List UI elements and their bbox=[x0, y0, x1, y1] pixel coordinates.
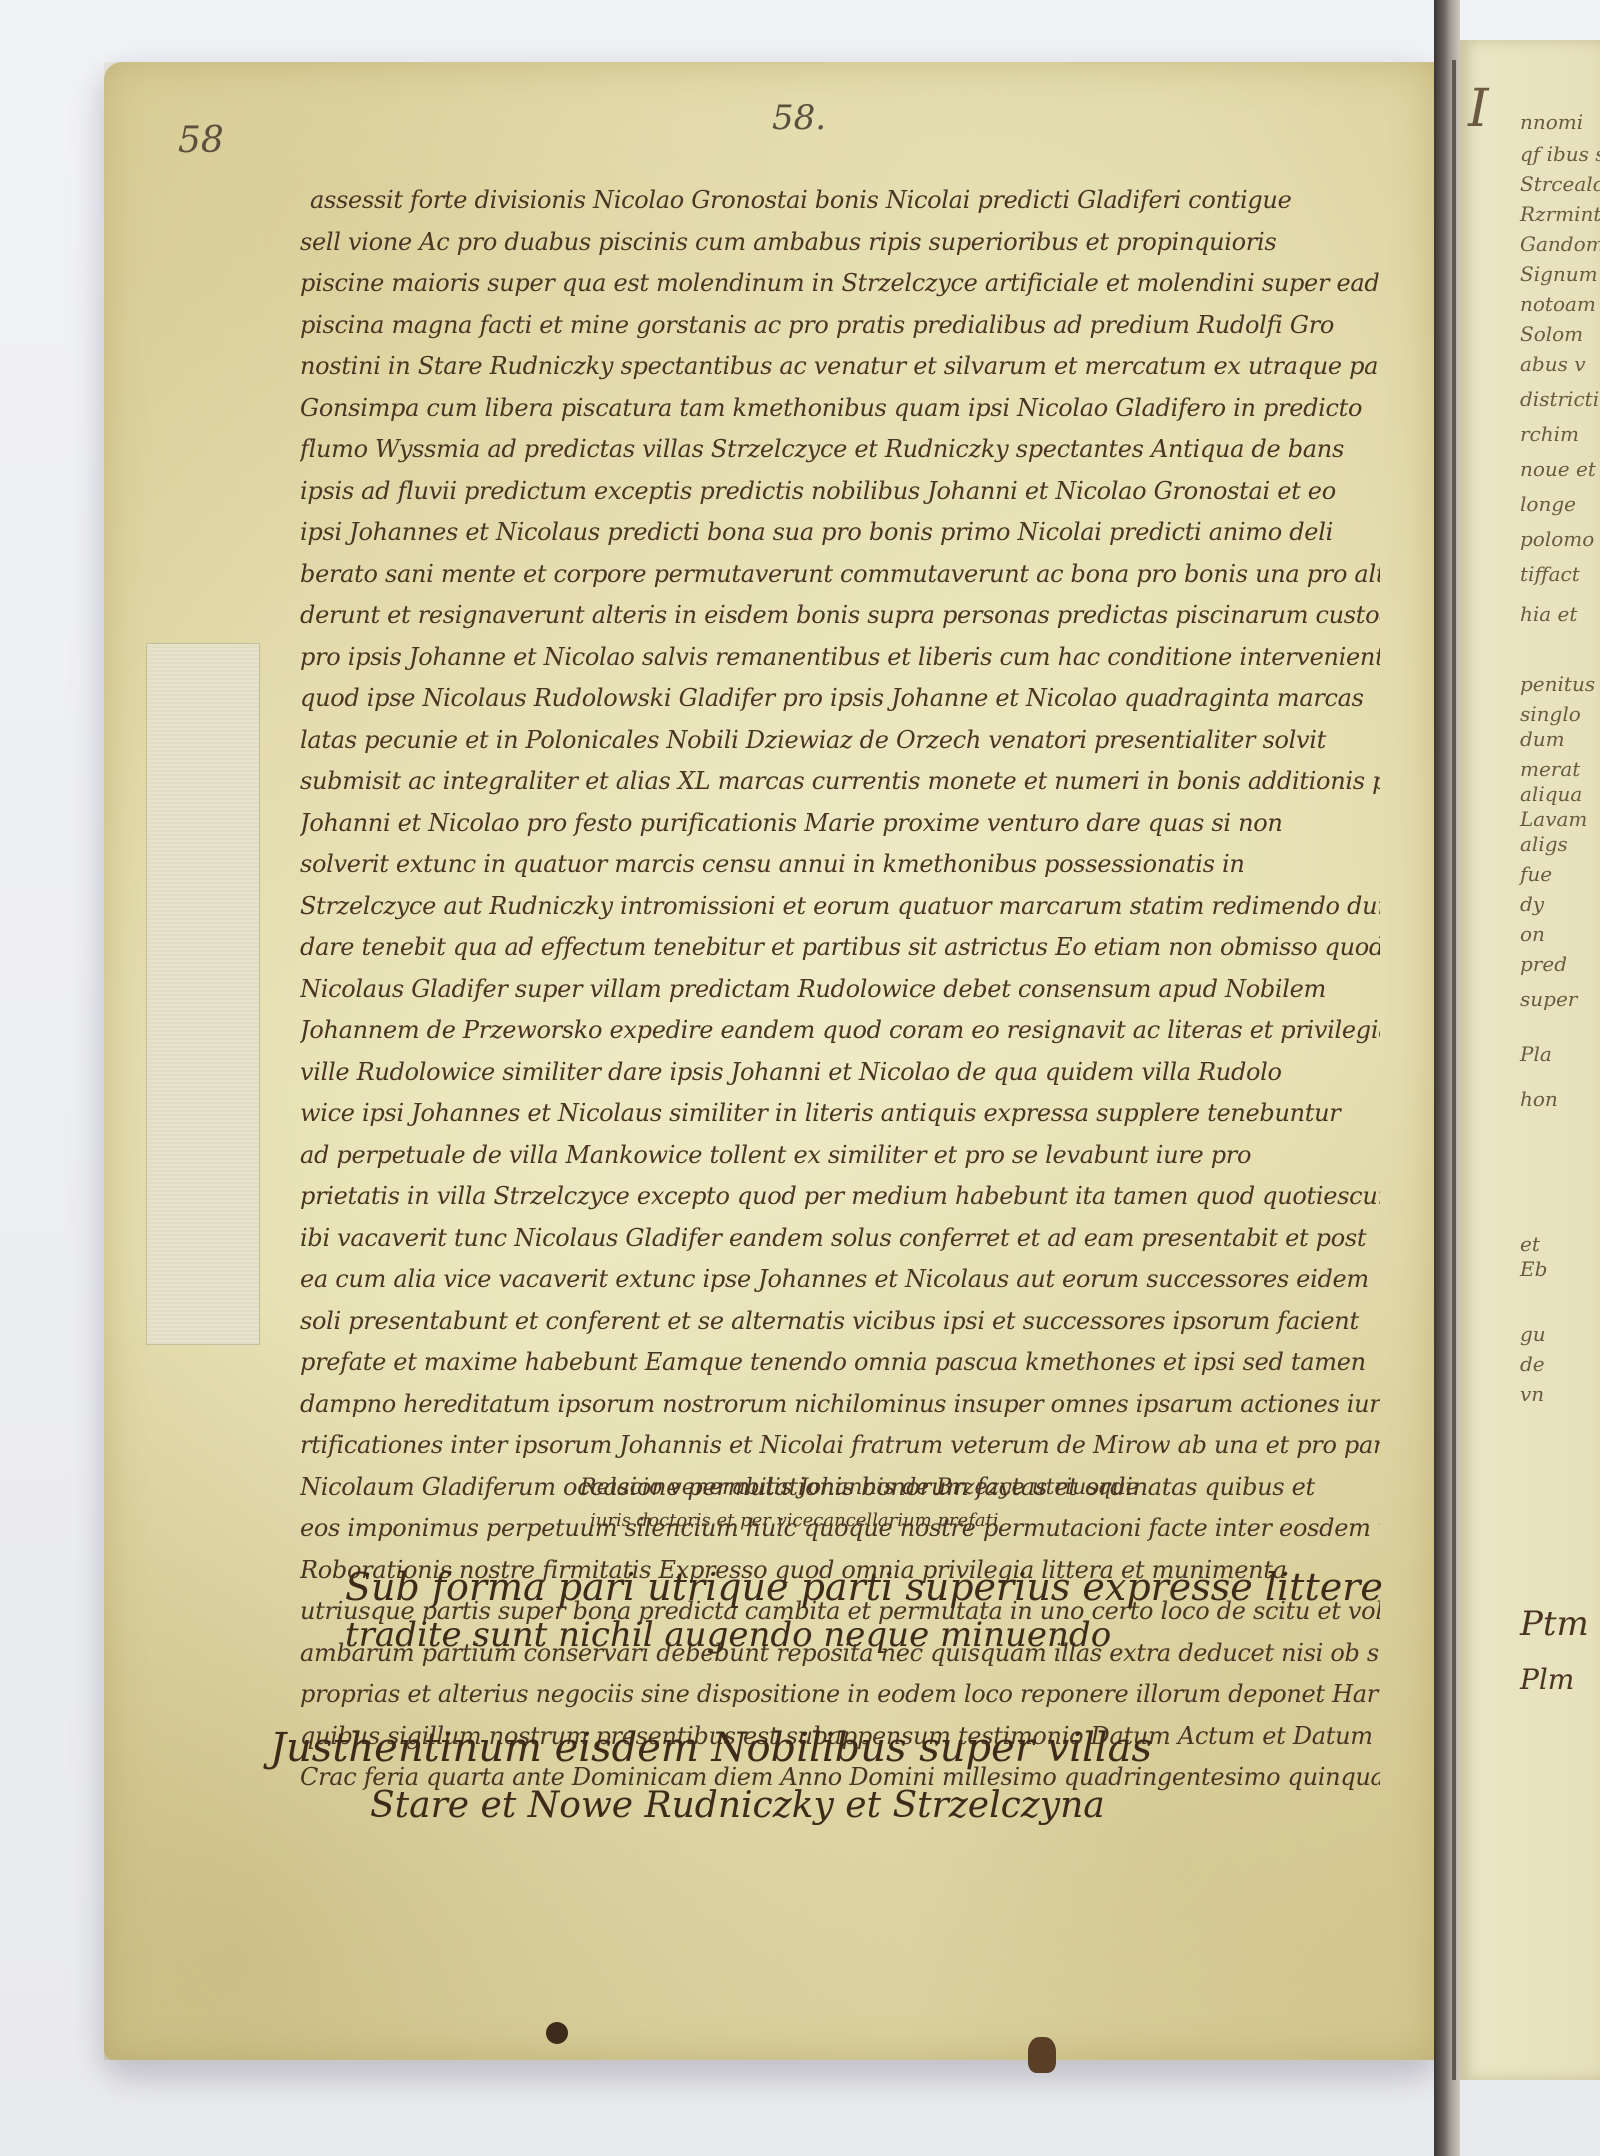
facing-fragment: on bbox=[1520, 920, 1545, 949]
text-line: flumo Wyssmia ad predictas villas Strzel… bbox=[300, 429, 1380, 471]
charter-text: assessit forte divisionis Nicolao Gronos… bbox=[300, 180, 1380, 1799]
facing-fragment: noue et bbox=[1520, 455, 1596, 484]
paper-repair-strip bbox=[146, 643, 260, 1345]
text-line: rtificationes inter ipsorum Johannis et … bbox=[300, 1425, 1380, 1467]
ink-stain bbox=[1028, 2037, 1056, 2073]
closing-note-line-1: Sub forma pari utrique parti superius ex… bbox=[345, 1565, 1383, 1609]
facing-fragment: Rzrmint bbox=[1520, 200, 1600, 229]
text-line: solverit extunc in quatuor marcis censu … bbox=[300, 844, 1380, 886]
ink-blot bbox=[546, 2022, 568, 2044]
facing-fragment: districti bbox=[1520, 385, 1599, 414]
text-line: ad perpetuale de villa Mankowice tollent… bbox=[300, 1135, 1380, 1177]
facing-fragment: Pla bbox=[1520, 1040, 1552, 1069]
facing-fragment: de bbox=[1520, 1350, 1545, 1379]
facing-fragment: Solom bbox=[1520, 320, 1583, 349]
text-line: submisit ac integraliter et alias XL mar… bbox=[300, 761, 1380, 803]
facing-fragment: pred bbox=[1520, 950, 1567, 979]
facing-lower-fragment: Plm bbox=[1520, 1665, 1574, 1694]
text-line: quod ipse Nicolaus Rudolowski Gladifer p… bbox=[300, 678, 1380, 720]
facing-lower-initial: Ptm bbox=[1520, 1610, 1589, 1639]
book-gutter bbox=[1434, 0, 1460, 2156]
facing-fragment: gu bbox=[1520, 1320, 1546, 1349]
facing-fragment: dum bbox=[1520, 725, 1565, 754]
text-line: ibi vacaverit tunc Nicolaus Gladifer ean… bbox=[300, 1218, 1380, 1260]
facing-fragment: hon bbox=[1520, 1085, 1558, 1114]
text-line: latas pecunie et in Polonicales Nobili D… bbox=[300, 720, 1380, 762]
text-line: ipsis ad fluvii predictum exceptis predi… bbox=[300, 471, 1380, 513]
facing-fragment: tiffact bbox=[1520, 560, 1580, 589]
facing-fragment: aligs bbox=[1520, 830, 1568, 859]
gutter-fold-line bbox=[1452, 60, 1456, 2080]
facing-fragment: Signum bbox=[1520, 260, 1598, 289]
facing-fragment: longe bbox=[1520, 490, 1576, 519]
text-line: ea cum alia vice vacaverit extunc ipse J… bbox=[300, 1259, 1380, 1301]
facing-fragment: abus v bbox=[1520, 350, 1586, 379]
text-line: derunt et resignaverunt alteris in eisde… bbox=[300, 595, 1380, 637]
text-line: Strzelczyce aut Rudniczky intromissioni … bbox=[300, 886, 1380, 928]
next-entry-heading-line-2: Stare et Nowe Rudniczky et Strzelczyna bbox=[370, 1785, 1105, 1826]
text-line: prietatis in villa Strzelczyce excepto q… bbox=[300, 1176, 1380, 1218]
text-line: piscine maioris super qua est molendinum… bbox=[300, 263, 1380, 305]
facing-fragment: penitus bbox=[1520, 670, 1595, 699]
text-line: Johanni et Nicolao pro festo purificatio… bbox=[300, 803, 1380, 845]
text-line: dampno hereditatum ipsorum nostrorum nic… bbox=[300, 1384, 1380, 1426]
facing-initial: I bbox=[1468, 95, 1489, 124]
facing-fragment: fue bbox=[1520, 860, 1552, 889]
closing-note-line-2: tradite sunt nichil augendo neque minuen… bbox=[345, 1615, 1111, 1655]
text-line: berato sani mente et corpore permutaveru… bbox=[300, 554, 1380, 596]
text-line: prefate et maxime habebunt Eamque tenend… bbox=[300, 1342, 1380, 1384]
text-line: piscina magna facti et mine gorstanis ac… bbox=[300, 305, 1380, 347]
text-line: wice ipsi Johannes et Nicolaus similiter… bbox=[300, 1093, 1380, 1135]
facing-fragment: polomo bbox=[1520, 525, 1594, 554]
subscription-line-1: Relacio venerabilis Johannis de Brzezye … bbox=[580, 1475, 1139, 1500]
text-line: soli presentabunt et conferent et se alt… bbox=[300, 1301, 1380, 1343]
next-entry-heading-line-1: Justhentinum eisdem Nobilibus super vill… bbox=[270, 1725, 1152, 1771]
facing-fragment: dy bbox=[1520, 890, 1544, 919]
text-line: assessit forte divisionis Nicolao Gronos… bbox=[300, 180, 1380, 222]
text-line: proprias et alterius negociis sine dispo… bbox=[300, 1674, 1380, 1716]
facing-fragment: hia et bbox=[1520, 600, 1577, 629]
facing-fragment: super bbox=[1520, 985, 1577, 1014]
facing-fragment: Gandom bbox=[1520, 230, 1600, 259]
subscription-line-2: iuris doctoris et per vicecancellarium p… bbox=[590, 1510, 999, 1531]
text-line: Johannem de Przeworsko expedire eandem q… bbox=[300, 1010, 1380, 1052]
facing-fragment: rchim bbox=[1520, 420, 1579, 449]
text-line: ville Rudolowice similiter dare ipsis Jo… bbox=[300, 1052, 1380, 1094]
folio-number-margin: 58 bbox=[178, 120, 224, 161]
text-line: Nicolaus Gladifer super villam predictam… bbox=[300, 969, 1380, 1011]
facing-fragment: nnomi bbox=[1520, 108, 1583, 137]
folio-number-top: 58. bbox=[772, 98, 826, 138]
text-line: sell vione Ac pro duabus piscinis cum am… bbox=[300, 222, 1380, 264]
text-line: nostini in Stare Rudniczky spectantibus … bbox=[300, 346, 1380, 388]
text-line: Gonsimpa cum libera piscatura tam kmetho… bbox=[300, 388, 1380, 430]
facing-fragment: vn bbox=[1520, 1380, 1544, 1409]
facing-fragment: qf ibus sal bbox=[1520, 140, 1600, 169]
facing-fragment: notoam bbox=[1520, 290, 1596, 319]
facing-fragment: Eb bbox=[1520, 1255, 1547, 1284]
facing-fragment: Strcealcz bbox=[1520, 170, 1600, 199]
text-line: ipsi Johannes et Nicolaus predicti bona … bbox=[300, 512, 1380, 554]
text-line: dare tenebit qua ad effectum tenebitur e… bbox=[300, 927, 1380, 969]
text-line: pro ipsis Johanne et Nicolao salvis rema… bbox=[300, 637, 1380, 679]
